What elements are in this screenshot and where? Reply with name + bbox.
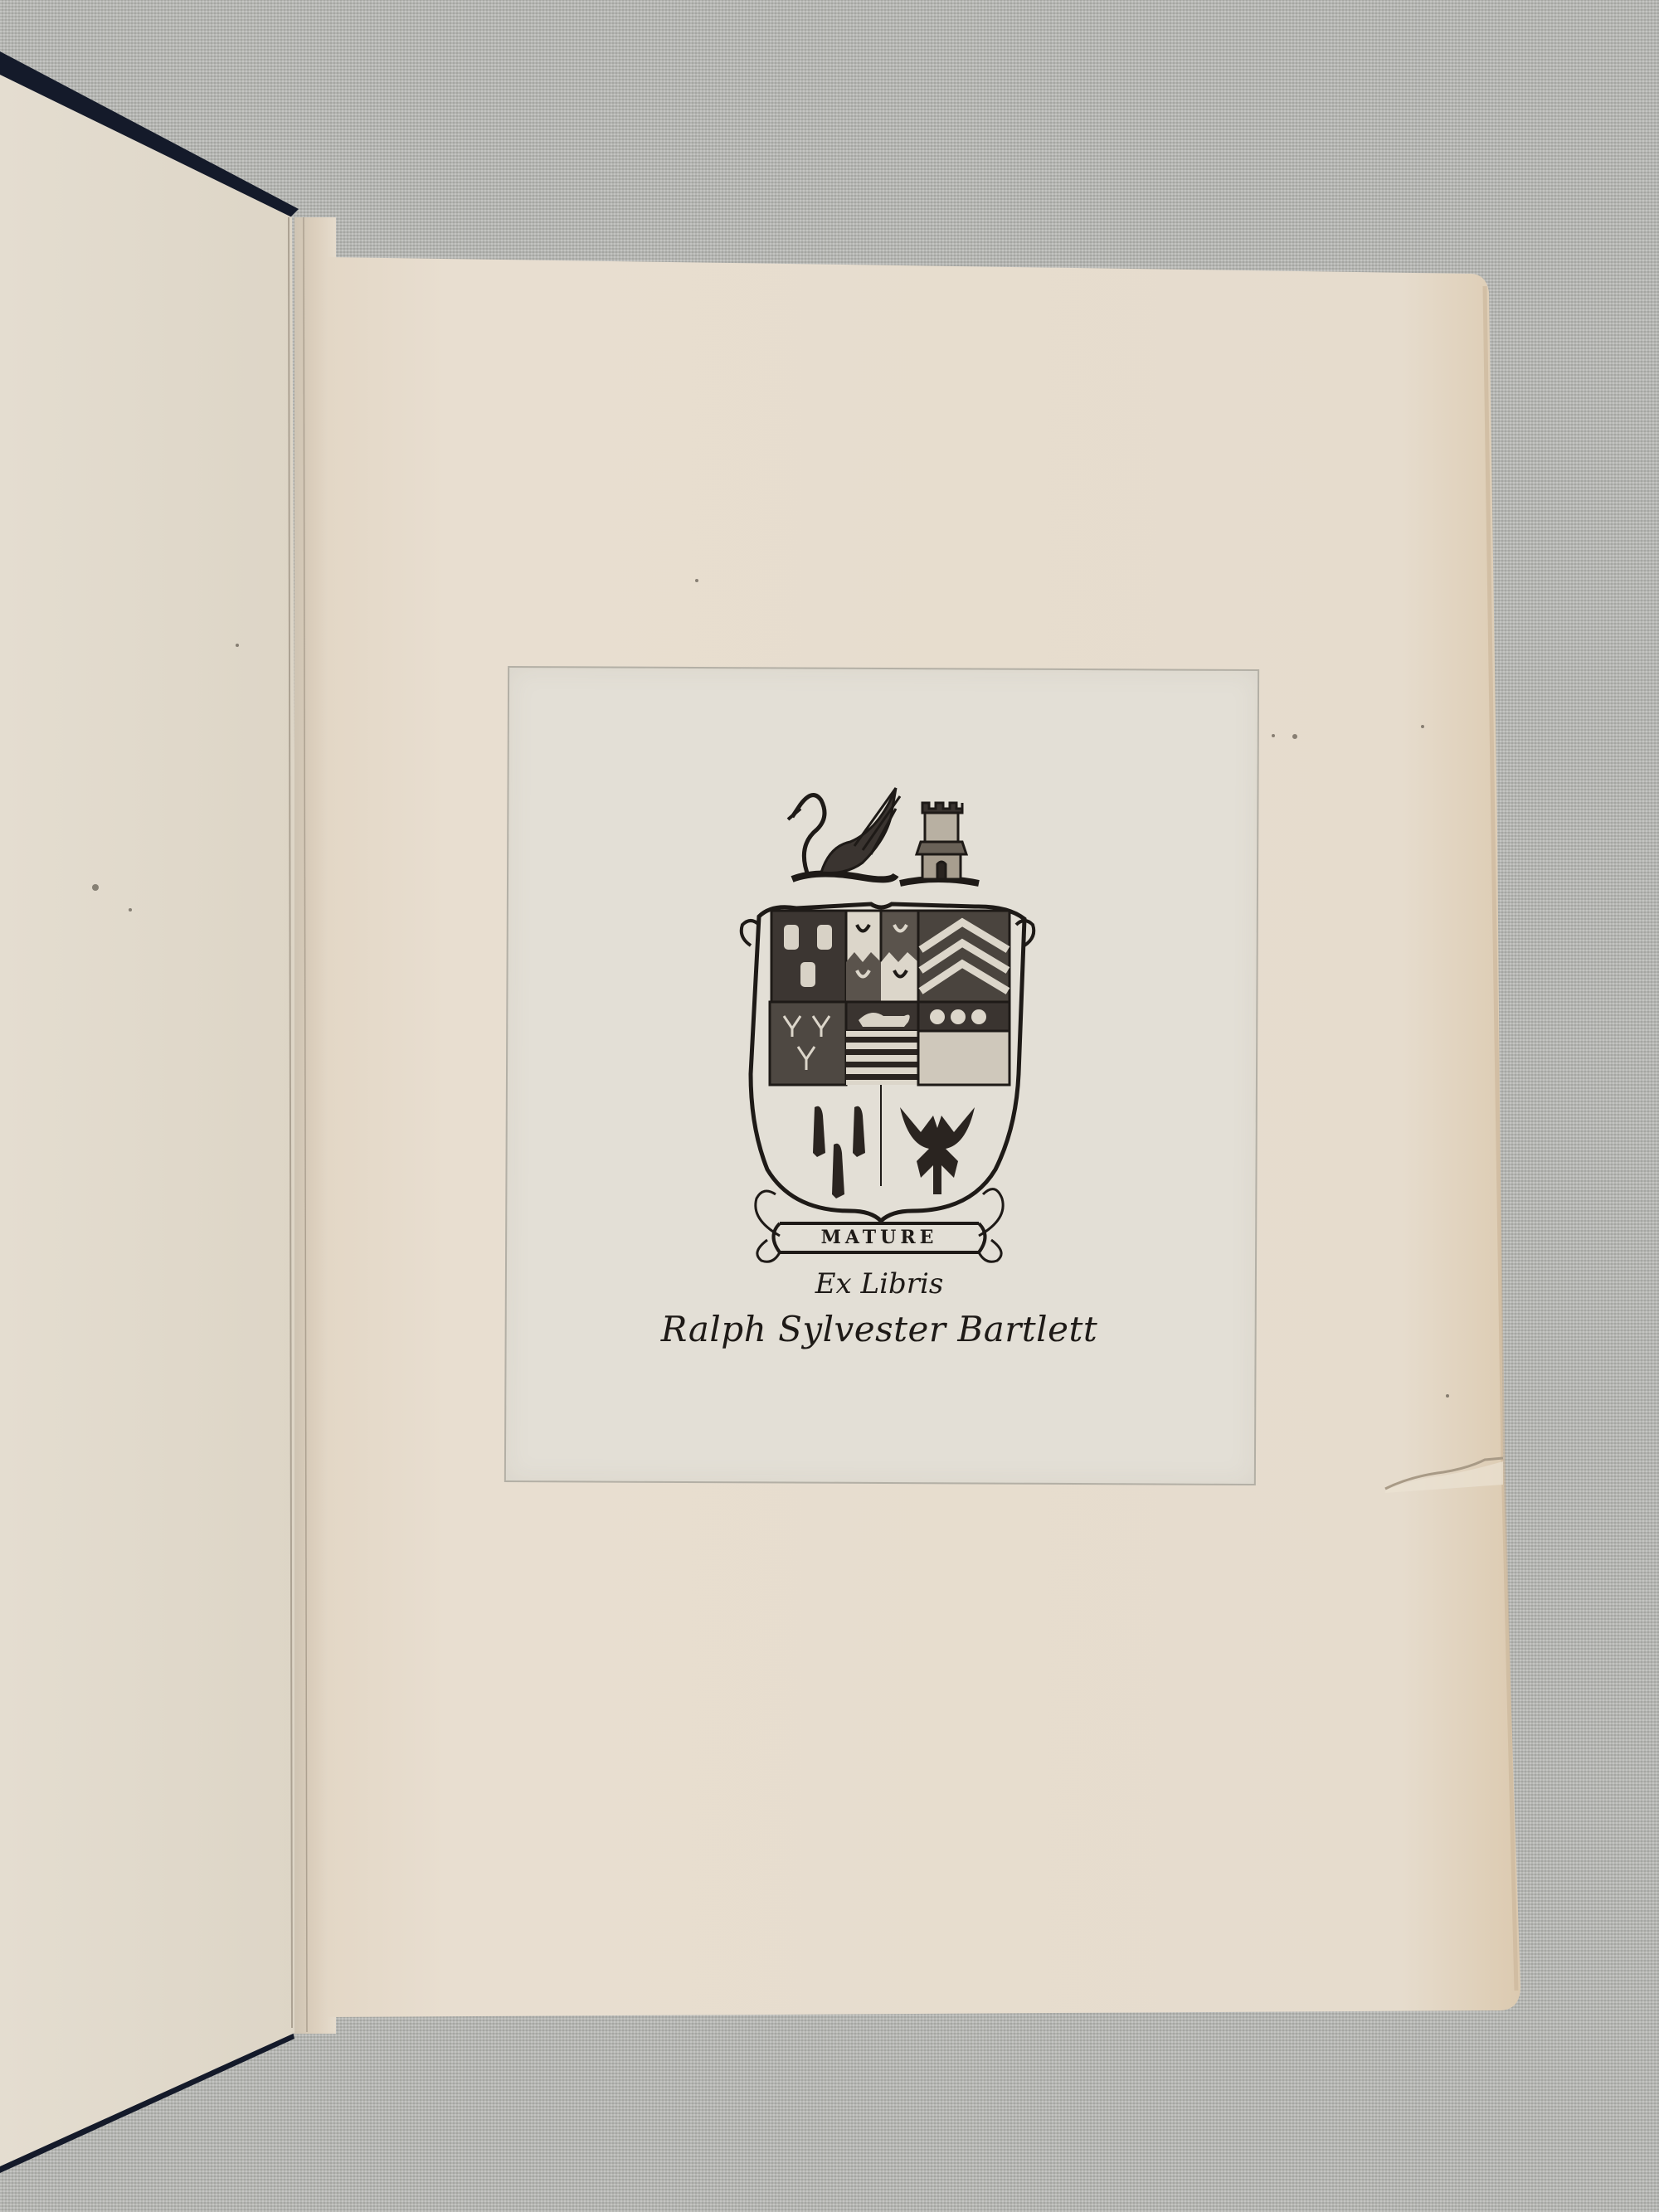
motto-text: MATURE [796,1223,962,1252]
owner-name: Ralph Sylvester Bartlett [647,1309,1112,1349]
stippled-field [918,1031,1010,1085]
tower-crest-icon [900,803,979,883]
coat-of-arms [0,0,1659,2212]
bird-leg-icon [813,1106,865,1198]
swan-crest-icon [788,788,900,879]
double-eagle-icon [900,1107,975,1194]
barry-stripes [846,1031,918,1085]
ex-libris-heading: Ex Libris [713,1267,1045,1300]
roundel-icon [930,1009,986,1024]
